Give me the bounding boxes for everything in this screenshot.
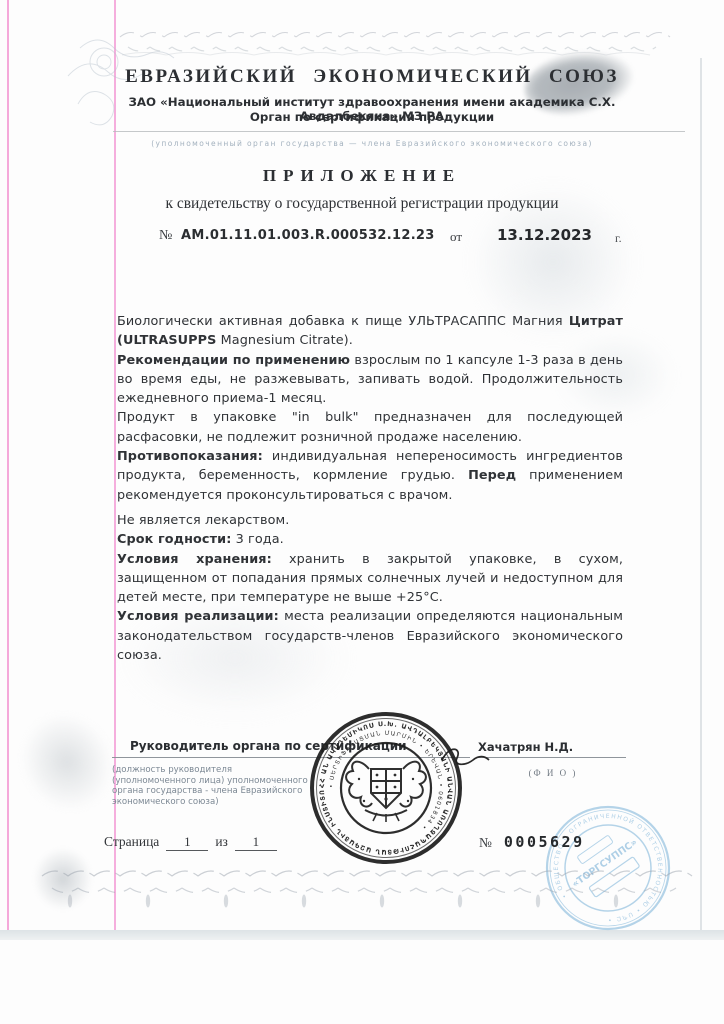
header-authority-note: (уполномоченный орган государства — член… bbox=[112, 139, 632, 148]
page-right-edge-shadow bbox=[700, 58, 702, 936]
signatory-name: Хачатрян Н.Д. bbox=[478, 740, 628, 754]
document-subtitle: к свидетельству о государственной регист… bbox=[112, 195, 612, 213]
page-total: 1 bbox=[235, 834, 277, 851]
signatory-name-note: (Ф И О ) bbox=[478, 768, 628, 778]
registration-date: 13.12.2023 bbox=[497, 226, 592, 244]
number-sign: № bbox=[159, 228, 172, 244]
body-text: Биологически активная добавка к пище УЛЬ… bbox=[117, 312, 623, 665]
year-suffix: г. bbox=[615, 231, 622, 246]
paragraph: Противопоказания: индивидуальная неперен… bbox=[117, 447, 623, 505]
paragraph: Продукт в упаковке "in bulk" предназначе… bbox=[117, 408, 623, 447]
serial-number-sign: № bbox=[479, 835, 492, 851]
header-union-title: ЕВРАЗИЙСКИЙ ЭКОНОМИЧЕСКИЙ СОЮЗ bbox=[102, 66, 642, 88]
coat-of-arms bbox=[346, 762, 426, 822]
date-from-label: от bbox=[450, 229, 462, 245]
round-seal-stamp: ՀՀ ԱՆ ԱԿԱԴԵՄԻԿՈՍ Ս.Խ. ԱՎԴԱԼԲԵԿՅԱՆԻ ԱՆՎԱՆ… bbox=[307, 709, 465, 867]
paragraph: Условия хранения: хранить в закрытой упа… bbox=[117, 550, 623, 608]
paragraph: Срок годности: 3 года. bbox=[117, 530, 623, 549]
form-serial: № 0005629 bbox=[479, 833, 585, 851]
left-outer-pink-border bbox=[7, 0, 9, 937]
paragraph: Рекомендации по применению взрослым по 1… bbox=[117, 351, 623, 409]
paragraph: Биологически активная добавка к пище УЛЬ… bbox=[117, 312, 623, 351]
paragraph: Не является лекарством. bbox=[117, 511, 623, 530]
page-of-label: из bbox=[215, 834, 228, 850]
signature-line-right bbox=[478, 757, 626, 758]
certificate-page: ЕВРАЗИЙСКИЙ ЭКОНОМИЧЕСКИЙ СОЮЗ ЗАО «Наци… bbox=[0, 0, 724, 1024]
serial-number: 0005629 bbox=[504, 833, 585, 851]
paragraph: Условия реализации: места реализации опр… bbox=[117, 607, 623, 665]
page-label: Страница bbox=[104, 834, 159, 850]
document-title: ПРИЛОЖЕНИЕ bbox=[112, 166, 612, 186]
registration-number: AM.01.11.01.003.R.000532.12.23 bbox=[181, 228, 435, 243]
scan-smudge bbox=[4, 697, 130, 828]
header-department: Орган по сертификации продукции bbox=[112, 110, 632, 124]
header-divider-line bbox=[113, 131, 685, 132]
page-current: 1 bbox=[166, 834, 208, 851]
page-counter: Страница 1 из 1 bbox=[104, 834, 284, 851]
top-guilloche-border bbox=[118, 26, 696, 62]
bottom-guilloche-border bbox=[40, 864, 702, 908]
